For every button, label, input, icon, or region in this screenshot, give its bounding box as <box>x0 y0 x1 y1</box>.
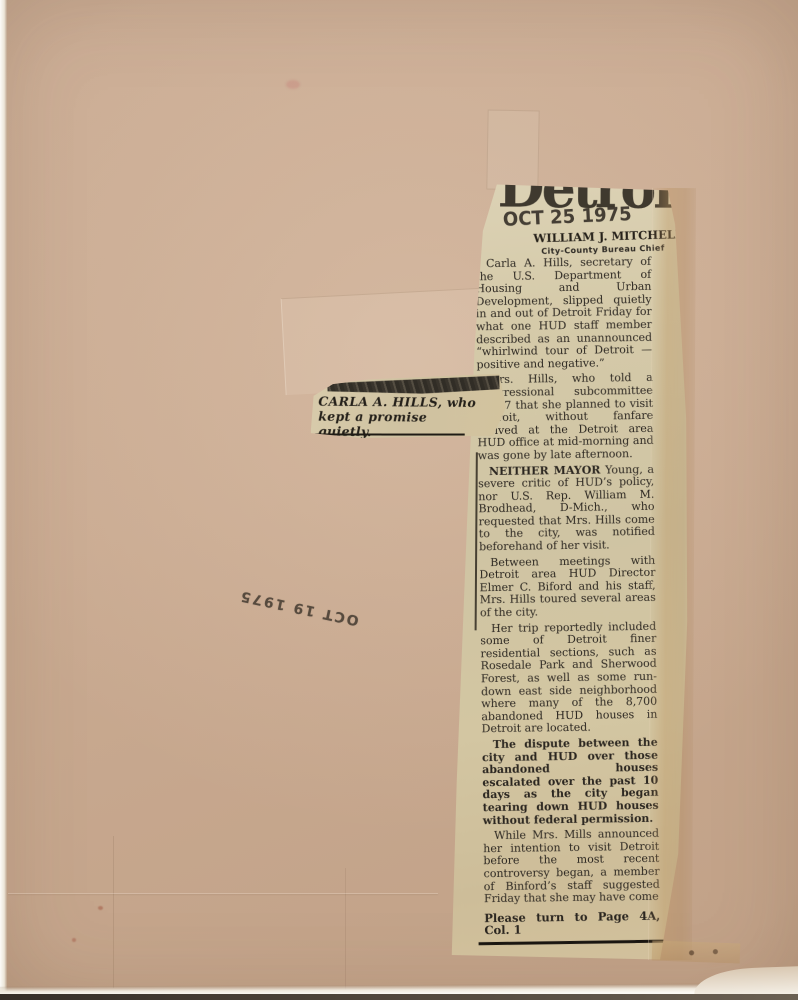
tape-faint-top <box>486 110 539 191</box>
article-paragraph: While Mrs. Mills announced her intention… <box>483 828 660 906</box>
bottom-rule <box>479 939 669 945</box>
paper-crease <box>8 893 438 894</box>
article-paragraph: Between meetings with Detroit area HUD D… <box>479 554 656 619</box>
tape-remnant-bottom <box>652 940 741 963</box>
article-paragraph: Her trip reportedly included some of Det… <box>480 620 658 736</box>
caption-clipping: CARLA A. HILLS, who kept a promise quiet… <box>309 373 507 440</box>
column-rule <box>475 452 478 630</box>
photo-paper-left-edge <box>0 0 7 1000</box>
paper-crease <box>345 868 346 990</box>
adjacent-column-fragment: ) <box>457 552 464 570</box>
date-stamp-received: OCT 19 1975 <box>240 588 361 629</box>
article-body: Carla A. Hills, secretary of the U.S. De… <box>475 256 661 945</box>
article-paragraph: NEITHER MAYOR Young, a severe critic of … <box>478 463 655 554</box>
continuation-line: Please turn to Page 4A, Col. 1 <box>484 909 660 937</box>
paper-stain <box>72 938 76 942</box>
date-stamp-publication: OCT 25 1975 <box>502 203 632 231</box>
paper-stain <box>286 80 300 89</box>
paper-stain <box>98 906 103 910</box>
paper-crease <box>113 836 114 988</box>
article-paragraph: The dispute between the city and HUD ove… <box>482 737 659 828</box>
scan-bottom-shadow <box>0 994 798 1000</box>
article-paragraph: Carla A. Hills, secretary of the U.S. De… <box>475 256 653 372</box>
article-paragraph: Mrs. Hills, who told a congressional sub… <box>477 372 654 463</box>
photo-back: OCT 19 1975 Detroit OCT 25 1975 WILLIAM … <box>0 0 798 1000</box>
tape-strip-right <box>648 188 696 960</box>
caption-rule <box>315 433 465 435</box>
